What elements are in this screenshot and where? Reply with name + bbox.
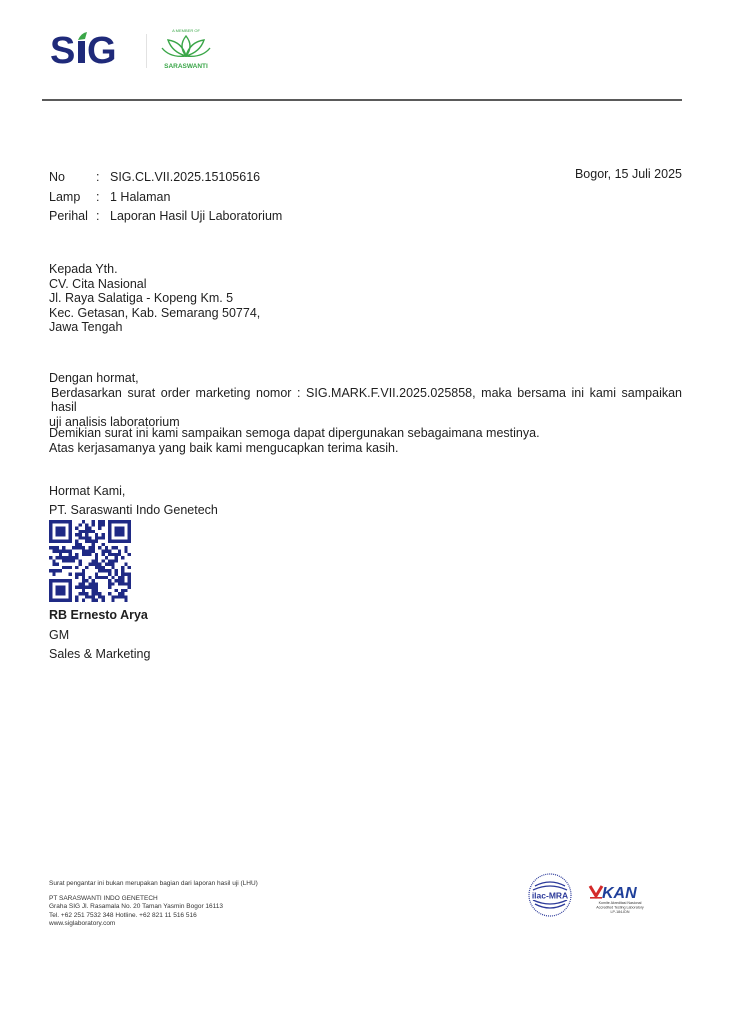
recipient-block: Kepada Yth. CV. Cita Nasional Jl. Raya S… <box>49 262 260 335</box>
signer-block: RB Ernesto Arya GM Sales & Marketing <box>49 606 150 665</box>
footer-phone: Tel. +62 251 7532 348 Hotline. +62 821 1… <box>49 912 258 920</box>
signature-qr-code <box>49 520 131 602</box>
svg-text:KAN: KAN <box>602 885 637 902</box>
meta-colon: : <box>96 188 110 208</box>
footer-note: Surat pengantar ini bukan merupakan bagi… <box>49 880 258 888</box>
meta-value: SIG.CL.VII.2025.15105616 <box>110 168 260 188</box>
closing-block: Hormat Kami, PT. Saraswanti Indo Genetec… <box>49 482 218 520</box>
meta-row-attachment: Lamp : 1 Halaman <box>49 188 282 208</box>
meta-label: No <box>49 168 96 188</box>
svg-text:G: G <box>87 30 117 70</box>
header-divider <box>42 99 682 101</box>
recipient-line: Kepada Yth. <box>49 262 260 277</box>
signer-name: RB Ernesto Arya <box>49 606 150 626</box>
meta-value: 1 Halaman <box>110 188 170 208</box>
signer-title: GM <box>49 626 150 646</box>
ilac-mra-logo: ilac-MRA <box>527 872 573 918</box>
body-paragraph-1: Dengan hormat, Berdasarkan surat order m… <box>49 371 682 429</box>
svg-text:S: S <box>50 30 74 70</box>
svg-text:A MEMBER OF: A MEMBER OF <box>172 28 200 33</box>
meta-label: Lamp <box>49 188 96 208</box>
meta-value: Laporan Hasil Uji Laboratorium <box>110 207 282 227</box>
company-name: PT. Saraswanti Indo Genetech <box>49 501 218 520</box>
svg-text:ilac-MRA: ilac-MRA <box>532 891 568 901</box>
svg-text:SARASWANTI: SARASWANTI <box>164 63 208 70</box>
svg-text:Komite Akreditasi Nasional: Komite Akreditasi Nasional <box>599 901 642 905</box>
salutation: Hormat Kami, <box>49 482 218 501</box>
sig-logo: S G <box>50 30 130 70</box>
footer-website[interactable]: www.siglaboratory.com <box>49 920 258 928</box>
body-paragraph-2: Demikian surat ini kami sampaikan semoga… <box>49 426 540 456</box>
recipient-line: Kec. Getasan, Kab. Semarang 50774, <box>49 306 260 321</box>
svg-text:LP-184-IDN: LP-184-IDN <box>611 910 630 914</box>
footer-address: Graha SIG Jl. Rasamala No. 20 Taman Yasm… <box>49 903 258 911</box>
meta-row-subject: Perihal : Laporan Hasil Uji Laboratorium <box>49 207 282 227</box>
paragraph-line: Demikian surat ini kami sampaikan semoga… <box>49 426 540 441</box>
letter-meta: No : SIG.CL.VII.2025.15105616 Lamp : 1 H… <box>49 168 282 227</box>
paragraph-line: Atas kerjasamanya yang baik kami menguca… <box>49 441 540 456</box>
recipient-line: Jawa Tengah <box>49 320 260 335</box>
recipient-line: Jl. Raya Salatiga - Kopeng Km. 5 <box>49 291 260 306</box>
svg-text:Accredited Testing Laboratory: Accredited Testing Laboratory <box>596 906 644 910</box>
meta-colon: : <box>96 168 110 188</box>
kan-accreditation-logo: KAN Komite Akreditasi Nasional Accredite… <box>588 880 652 916</box>
meta-colon: : <box>96 207 110 227</box>
footer-company: PT SARASWANTI INDO GENETECH <box>49 895 258 903</box>
paragraph-line: Berdasarkan surat order marketing nomor … <box>49 386 682 415</box>
greeting: Dengan hormat, <box>49 371 682 386</box>
footer: Surat pengantar ini bukan merupakan bagi… <box>49 880 258 928</box>
recipient-line: CV. Cita Nasional <box>49 277 260 292</box>
signer-department: Sales & Marketing <box>49 645 150 665</box>
saraswanti-logo: A MEMBER OF SARASWANTI <box>158 26 214 72</box>
place-date: Bogor, 15 Juli 2025 <box>575 167 682 181</box>
meta-row-number: No : SIG.CL.VII.2025.15105616 <box>49 168 282 188</box>
logo-divider <box>146 34 147 68</box>
meta-label: Perihal <box>49 207 96 227</box>
